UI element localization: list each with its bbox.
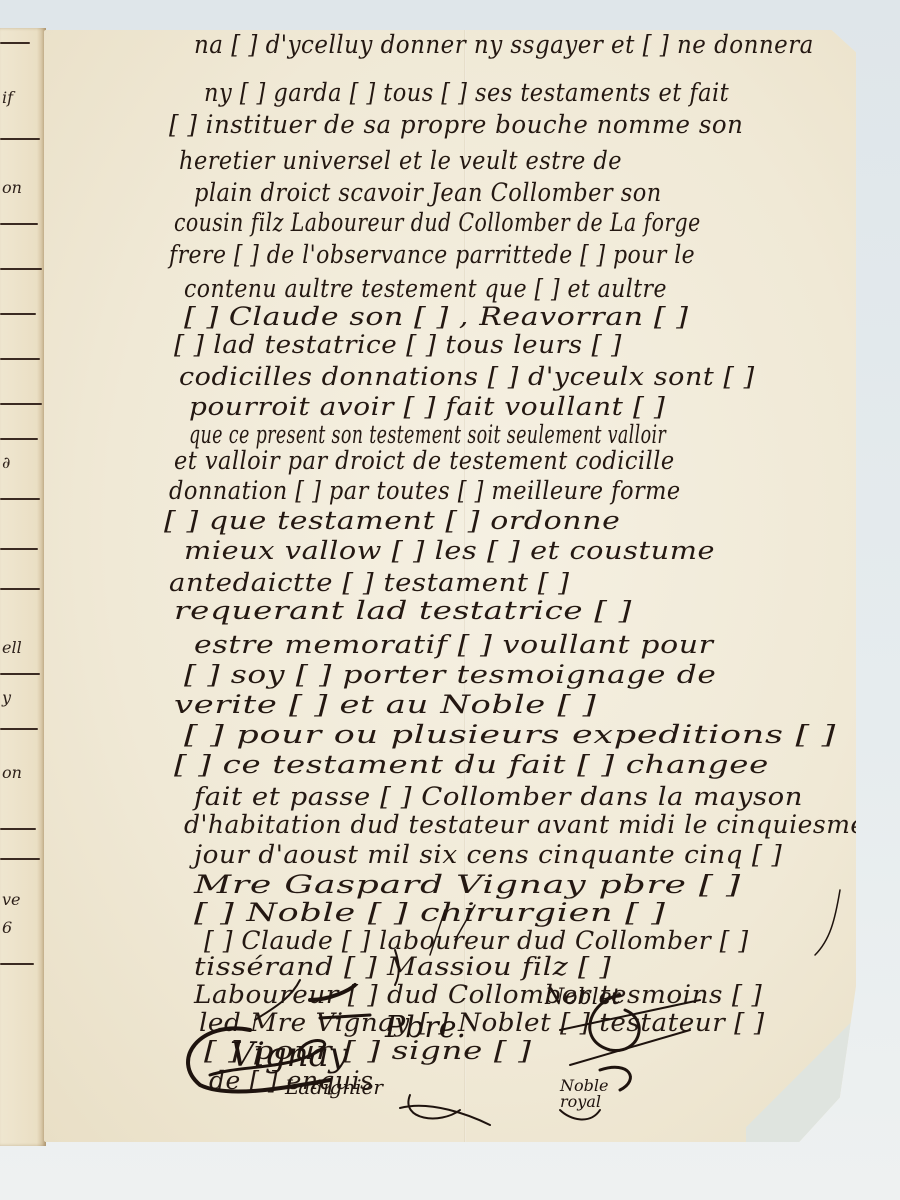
signature-flourishes (0, 0, 900, 1200)
